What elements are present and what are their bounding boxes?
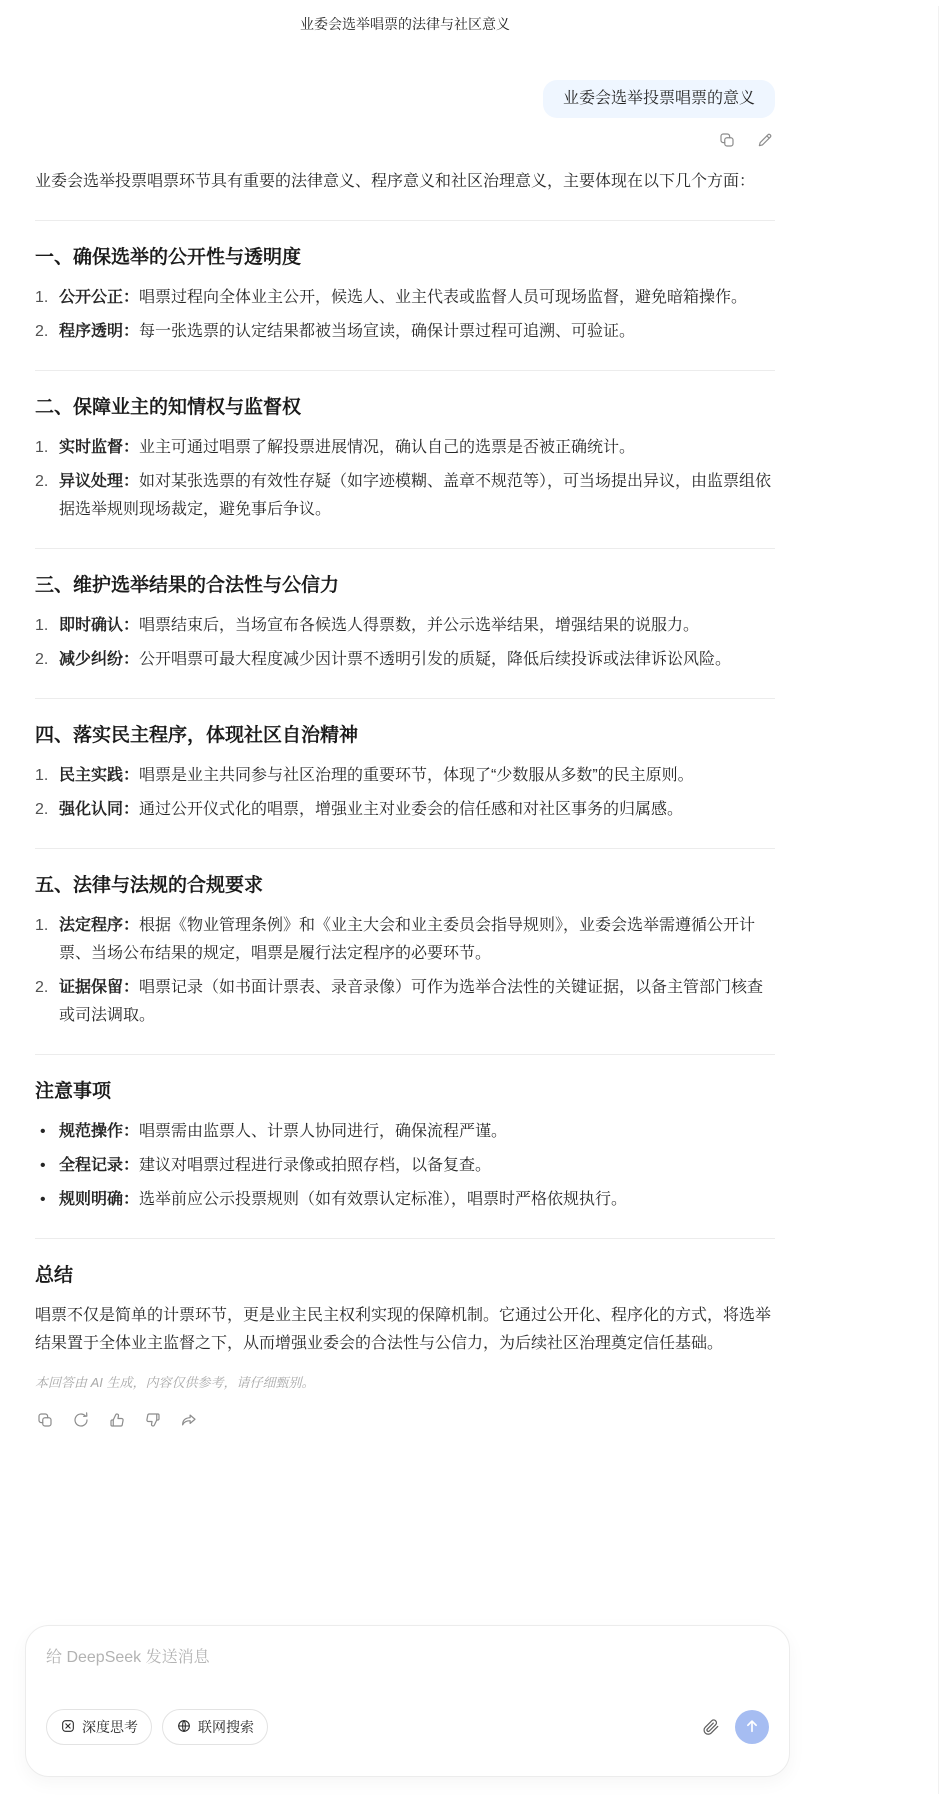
divider — [35, 1238, 775, 1239]
web-search-button[interactable]: 联网搜索 — [162, 1709, 268, 1745]
divider — [35, 370, 775, 371]
page-title: 业委会选举唱票的法律与社区意义 — [35, 0, 775, 34]
section-3: 三、维护选举结果的合法性与公信力 即时确认：唱票结束后，当场宣布各候选人得票数，… — [35, 573, 775, 674]
section-notes: 注意事项 规范操作：唱票需由监票人、计票人协同进行，确保流程严谨。 全程记录：建… — [35, 1079, 775, 1214]
globe-icon — [176, 1718, 192, 1737]
summary-paragraph: 唱票不仅是简单的计票环节，更是业主民主权利实现的保障机制。它通过公开化、程序化的… — [35, 1302, 775, 1358]
refresh-icon[interactable] — [71, 1410, 91, 1430]
user-message-actions — [35, 130, 775, 150]
section-heading: 五、法律与法规的合规要求 — [35, 873, 775, 899]
paperclip-icon[interactable] — [701, 1717, 721, 1737]
copy-icon[interactable] — [717, 130, 737, 150]
deepthink-button[interactable]: 深度思考 — [46, 1709, 152, 1745]
list-item: 证据保留：唱票记录（如书面计票表、录音录像）可作为选举合法性的关键证据，以备主管… — [35, 974, 775, 1030]
ai-disclaimer: 本回答由 AI 生成，内容仅供参考，请仔细甄别。 — [35, 1374, 775, 1392]
section-heading: 三、维护选举结果的合法性与公信力 — [35, 573, 775, 599]
list-item: 法定程序：根据《物业管理条例》和《业主大会和业主委员会指导规则》，业委会选举需遵… — [35, 912, 775, 968]
section-heading: 二、保障业主的知情权与监督权 — [35, 395, 775, 421]
section-heading: 四、落实民主程序，体现社区自治精神 — [35, 723, 775, 749]
chat-app: 业委会选举唱票的法律与社区意义 业委会选举投票唱票的意义 业委会选举投票唱票环节… — [0, 0, 947, 1800]
deepthink-label: 深度思考 — [82, 1717, 138, 1737]
composer-toolbar: 深度思考 联网搜索 — [46, 1709, 769, 1745]
divider — [35, 548, 775, 549]
section-4: 四、落实民主程序，体现社区自治精神 民主实践：唱票是业主共同参与社区治理的重要环… — [35, 723, 775, 824]
divider — [35, 698, 775, 699]
list-item: 异议处理：如对某张选票的有效性存疑（如字迹模糊、盖章不规范等），可当场提出异议，… — [35, 468, 775, 524]
divider — [35, 1054, 775, 1055]
list-item: 规则明确：选举前应公示投票规则（如有效票认定标准），唱票时严格依规执行。 — [35, 1186, 775, 1214]
divider — [35, 220, 775, 221]
message-input[interactable] — [46, 1644, 769, 1702]
edit-icon[interactable] — [755, 130, 775, 150]
list-item: 程序透明：每一张选票的认定结果都被当场宣读，确保计票过程可追溯、可验证。 — [35, 318, 775, 346]
atom-icon — [60, 1718, 76, 1737]
list-item: 实时监督：业主可通过唱票了解投票进展情况，确认自己的选票是否被正确统计。 — [35, 434, 775, 462]
user-message-row: 业委会选举投票唱票的意义 — [35, 80, 775, 118]
send-button[interactable] — [735, 1710, 769, 1744]
list-item: 全程记录：建议对唱票过程进行录像或拍照存档，以备复查。 — [35, 1152, 775, 1180]
list-item: 强化认同：通过公开仪式化的唱票，增强业主对业委会的信任感和对社区事务的归属感。 — [35, 796, 775, 824]
section-summary: 总结 唱票不仅是简单的计票环节，更是业主民主权利实现的保障机制。它通过公开化、程… — [35, 1263, 775, 1358]
section-1: 一、确保选举的公开性与透明度 公开公正：唱票过程向全体业主公开，候选人、业主代表… — [35, 245, 775, 346]
section-heading: 一、确保选举的公开性与透明度 — [35, 245, 775, 271]
thumb-up-icon[interactable] — [107, 1410, 127, 1430]
copy-icon[interactable] — [35, 1410, 55, 1430]
list-item: 规范操作：唱票需由监票人、计票人协同进行，确保流程严谨。 — [35, 1118, 775, 1146]
list-item: 减少纠纷：公开唱票可最大程度减少因计票不透明引发的质疑，降低后续投诉或法律诉讼风… — [35, 646, 775, 674]
window-edge — [938, 6, 939, 1794]
composer: 深度思考 联网搜索 — [25, 1625, 790, 1777]
thumb-down-icon[interactable] — [143, 1410, 163, 1430]
list-item: 民主实践：唱票是业主共同参与社区治理的重要环节，体现了“少数服从多数”的民主原则… — [35, 762, 775, 790]
answer-actions — [35, 1410, 775, 1430]
list-item: 公开公正：唱票过程向全体业主公开，候选人、业主代表或监督人员可现场监督，避免暗箱… — [35, 284, 775, 312]
section-heading: 总结 — [35, 1263, 775, 1289]
section-5: 五、法律与法规的合规要求 法定程序：根据《物业管理条例》和《业主大会和业主委员会… — [35, 873, 775, 1030]
assistant-message: 业委会选举投票唱票环节具有重要的法律意义、程序意义和社区治理意义，主要体现在以下… — [35, 168, 775, 1430]
section-2: 二、保障业主的知情权与监督权 实时监督：业主可通过唱票了解投票进展情况，确认自己… — [35, 395, 775, 524]
divider — [35, 848, 775, 849]
share-icon[interactable] — [179, 1410, 199, 1430]
list-item: 即时确认：唱票结束后，当场宣布各候选人得票数，并公示选举结果，增强结果的说服力。 — [35, 612, 775, 640]
web-search-label: 联网搜索 — [198, 1717, 254, 1737]
section-heading: 注意事项 — [35, 1079, 775, 1105]
assistant-intro: 业委会选举投票唱票环节具有重要的法律意义、程序意义和社区治理意义，主要体现在以下… — [35, 168, 775, 196]
user-message-bubble: 业委会选举投票唱票的意义 — [543, 80, 775, 118]
arrow-up-icon — [743, 1717, 761, 1738]
